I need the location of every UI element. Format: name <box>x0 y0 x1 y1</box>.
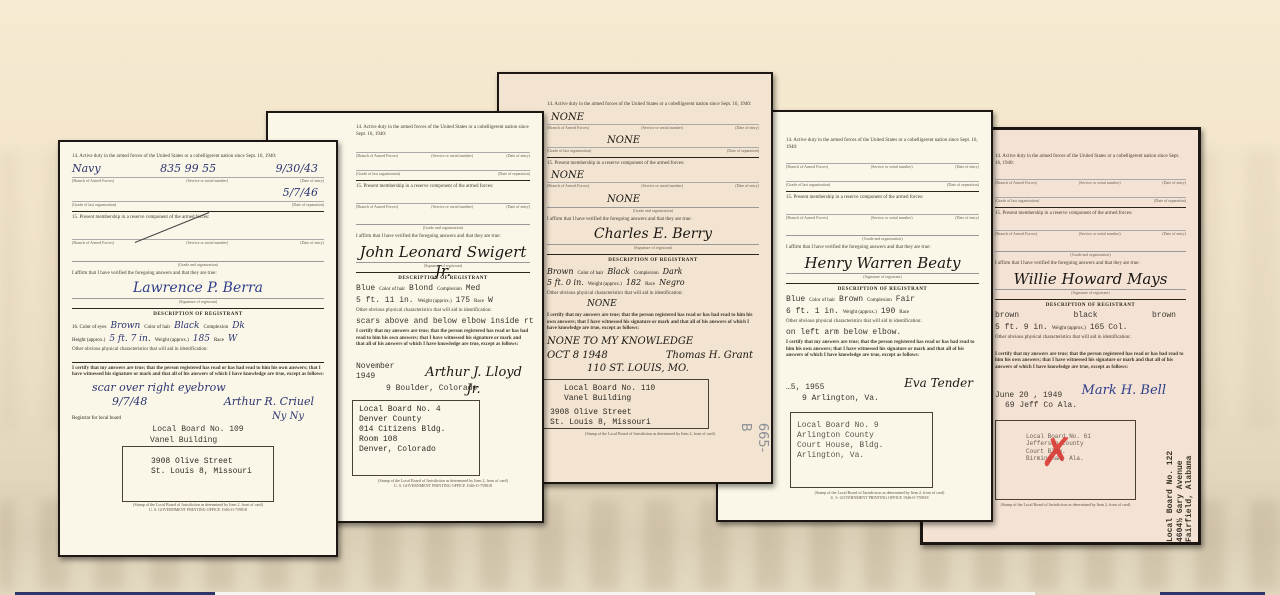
weight: 165 <box>1090 323 1104 333</box>
separation-value: NONE <box>547 134 759 147</box>
board-line: Court House, Bldg. <box>797 441 926 451</box>
board-line: Denver, Colorado <box>359 445 473 455</box>
printing-note: U. S. GOVERNMENT PRINTING OFFICE 1946-O-… <box>72 507 324 512</box>
exceptions-value: NONE TO MY KNOWLEDGE <box>547 335 759 348</box>
q14-label: 14. Active duty in the armed forces of t… <box>72 154 324 161</box>
caption: (Date of entry) <box>1162 180 1186 185</box>
label: Race <box>214 338 224 345</box>
caption: (Branch of Armed Forces) <box>72 240 114 245</box>
registration-date: November 1949 <box>356 362 417 383</box>
caption: (Branch of Armed Forces) <box>786 164 828 169</box>
hair-color: Brown <box>839 295 863 305</box>
registrar-board-value: 9 Boulder, Colorado <box>356 384 477 394</box>
label: Weight (approx.) <box>418 299 452 306</box>
eye-color: Blue <box>356 284 375 294</box>
caption: (Branch of Armed Forces) <box>786 215 828 220</box>
caption: (Service or serial number) <box>641 125 683 130</box>
label: Race <box>645 282 655 289</box>
complexion: Med <box>466 284 480 294</box>
caption: (Date of entry) <box>300 178 324 183</box>
complexion: brown <box>1152 311 1176 321</box>
board-line: 3908 Olive Street <box>129 457 267 467</box>
caption: (Service or serial number) <box>1079 231 1121 236</box>
caption: (Signature of registrant) <box>72 298 324 304</box>
caption: (Branch of Armed Forces) <box>995 231 1037 236</box>
board-line: Room 108 <box>359 435 473 445</box>
caption: (Grade and organization) <box>786 235 979 241</box>
board-line: Vanel Building <box>544 394 702 404</box>
other-marks-label: Other obvious physical characteristics t… <box>547 291 759 298</box>
label: Race <box>474 299 484 306</box>
certify-text: I certify that my answers are true; that… <box>356 329 530 349</box>
board-stamp-box: Local Board No. 9 Arlington County Court… <box>790 412 933 488</box>
complexion: Dark <box>663 267 683 277</box>
caption: (Branch of Armed Forces) <box>72 178 114 183</box>
caption: (Date of entry) <box>735 125 759 130</box>
caption: (Branch of Armed Forces) <box>547 183 589 188</box>
q14-label: 14. Active duty in the armed forces of t… <box>547 102 759 109</box>
height: 5 ft. 9 in. <box>995 323 1048 333</box>
race: W <box>228 334 237 346</box>
label: 16. Color of eyes <box>72 325 106 332</box>
caption: (Branch of Armed Forces) <box>547 125 589 130</box>
registrar-board-value: 69 Jeff Co Ala. <box>995 401 1186 411</box>
affirm-label: I affirm that I have verified the forego… <box>786 245 979 252</box>
caption: (Grade of last organization) <box>356 171 400 176</box>
board-line: St. Louis 8, Missouri <box>544 418 702 428</box>
eye-color: Brown <box>110 321 140 333</box>
registrar-signature: Mark H. Bell <box>1082 383 1166 401</box>
hair-color: Blond <box>409 284 433 294</box>
complexion: Dk <box>232 321 245 333</box>
other-marks-label: Other obvious physical characteristics t… <box>356 308 530 315</box>
hair-color: Black <box>174 321 199 333</box>
certify-text: I certify that my answers are true; that… <box>72 366 324 379</box>
label: Weight (approx.) <box>155 338 189 345</box>
registrar-signature: Thomas H. Grant <box>666 349 759 362</box>
q15-label: 15. Present membership in a reserve comp… <box>356 184 530 191</box>
side-stamp: Local Board No. 122 4604½ Gary Avenue Fa… <box>1166 451 1195 542</box>
pencil-note: 665-B <box>736 423 770 459</box>
affirm-label: I affirm that I have verified the forego… <box>356 234 530 241</box>
registrant-signature: Willie Howard Mays <box>995 270 1186 288</box>
caption: (Service or serial number) <box>186 240 228 245</box>
caption: (Grade and organization) <box>356 224 530 230</box>
caption: (Date of entry) <box>506 153 530 158</box>
board-line: Local Board No. 4 <box>359 405 473 415</box>
branch-value: Navy <box>72 162 101 176</box>
other-marks-label: Other obvious physical characteristics t… <box>72 347 324 354</box>
registrar-signature: Arthur J. Lloyd Jr. <box>417 365 530 383</box>
height: 6 ft. 1 in. <box>786 307 839 317</box>
weight: 175 <box>456 296 470 306</box>
caption: (Service or serial number) <box>641 183 683 188</box>
board-stamp-box: Local Board No. 61 Jefferson County Cour… <box>995 420 1136 500</box>
board-line: Local Board No. 110 <box>544 384 702 394</box>
affirm-label: I affirm that I have verified the forego… <box>72 271 324 278</box>
label: Color of hair <box>578 271 604 278</box>
description-title: DESCRIPTION OF REGISTRANT <box>786 287 979 294</box>
eye-color: brown <box>995 311 1019 321</box>
board-line: Denver County <box>359 415 473 425</box>
caption: (Grade and organization) <box>72 261 324 267</box>
board-line: Local Board No. 9 <box>797 421 926 431</box>
caption: (Grade of last organization) <box>786 182 830 187</box>
certify-text: I certify that my answers are true; that… <box>547 313 759 333</box>
caption: (Branch of Armed Forces) <box>356 153 398 158</box>
printing-note: U. S. GOVERNMENT PRINTING OFFICE 1946-O-… <box>730 495 979 500</box>
eye-color: Brown <box>547 267 574 277</box>
caption: (Signature of registrant) <box>547 244 759 250</box>
registrar-signature: Eva Tender <box>904 376 979 394</box>
draft-card-berra: 14. Active duty in the armed forces of t… <box>58 140 338 557</box>
registrant-signature: John Leonard Swigert Jr. <box>356 243 530 261</box>
height: 5 ft. 11 in. <box>356 296 414 306</box>
label: Weight (approx.) <box>1052 326 1086 333</box>
registration-date: June 20 , 1949 <box>995 391 1062 401</box>
entry-date-value: 9/30/43 <box>276 162 318 176</box>
other-marks-label: Other obvious physical characteristics t… <box>786 319 979 326</box>
registration-date: …5, 1955 <box>786 383 824 393</box>
caption: (Date of entry) <box>1162 231 1186 236</box>
separation-date-value: 5/7/46 <box>283 186 318 200</box>
caption: (Service or serial number) <box>1079 180 1121 185</box>
caption: (Service or serial number) <box>871 164 913 169</box>
cancel-x-mark: ✗ <box>1040 433 1074 473</box>
hair-color: Black <box>607 267 630 277</box>
caption: (Service or serial number) <box>431 153 473 158</box>
board-line: Vanel Building <box>72 436 324 446</box>
label: Complexion <box>203 325 228 332</box>
certify-text: I certify that my answers are true; that… <box>786 340 979 360</box>
label: Weight (approx.) <box>588 282 622 289</box>
board-line: Arlington, Va. <box>797 451 926 461</box>
affirm-label: I affirm that I have verified the forego… <box>547 217 759 224</box>
caption: (Grade of last organization) <box>995 198 1039 203</box>
description-title: DESCRIPTION OF REGISTRANT <box>356 276 530 283</box>
eye-color: Blue <box>786 295 805 305</box>
registrant-signature: Lawrence P. Berra <box>72 279 324 297</box>
label: Color of hair <box>809 298 835 305</box>
caption: (Date of separation) <box>292 202 324 207</box>
printing-note: U. S. GOVERNMENT PRINTING OFFICE 1946-O-… <box>356 483 530 488</box>
q14-label: 14. Active duty in the armed forces of t… <box>995 142 1186 167</box>
label: Color of hair <box>144 325 170 332</box>
board-stamp-box: Local Board No. 110 Vanel Building 3908 … <box>537 379 709 429</box>
height: 5 ft. 7 in. <box>109 334 150 346</box>
branch-value: NONE <box>547 111 759 124</box>
certify-text: I certify that my answers are true; that… <box>995 352 1186 372</box>
label: Complexion <box>437 287 462 294</box>
registrant-signature: Charles E. Berry <box>547 225 759 243</box>
registration-date: 9/7/48 <box>112 395 147 409</box>
marks-value: on left arm below elbow. <box>786 328 979 338</box>
label: Race <box>899 310 909 317</box>
side-stamp-line: 4604½ Gary Avenue <box>1176 451 1186 542</box>
registrar-board-value: 110 ST. LOUIS, MO. <box>547 362 759 375</box>
caption: (Grade and organization) <box>547 207 759 213</box>
registrar-signature: Arthur R. Criuel <box>224 395 314 409</box>
label: Weight (approx.) <box>843 310 877 317</box>
complexion: Fair <box>896 295 915 305</box>
q15-label: 15. Present membership in a reserve comp… <box>547 161 759 168</box>
marks-value: NONE <box>547 299 759 311</box>
q15-label: 15. Present membership in a reserve comp… <box>995 211 1186 218</box>
board-line: Arlington County <box>797 431 926 441</box>
caption: (Service or serial number) <box>186 178 228 183</box>
stamp-caption: (Stamp of the Local Board of Jurisdictio… <box>511 431 759 436</box>
label: Height (approx.) <box>72 338 105 345</box>
q14-label: 14. Active duty in the armed forces of t… <box>356 125 530 138</box>
board-header: Local Board No. 109 <box>72 425 324 435</box>
caption: (Service or serial number) <box>871 215 913 220</box>
marks-value: scars above and below elbow inside rt <box>356 317 530 327</box>
registration-date: OCT 8 1948 <box>547 349 608 362</box>
caption: (Date of separation) <box>498 171 530 176</box>
hair-color: black <box>1073 311 1097 321</box>
board-stamp-box: 3908 Olive Street St. Louis 8, Missouri <box>122 446 274 502</box>
side-stamp-line: Local Board No. 122 <box>1166 451 1176 542</box>
board-stamp-box: Local Board No. 4 Denver County 014 Citi… <box>352 400 480 476</box>
affirm-label: I affirm that I have verified the forego… <box>995 261 1186 268</box>
board-line: St. Louis 8, Missouri <box>129 467 267 477</box>
caption: (Service or serial number) <box>431 204 473 209</box>
label: Registrar for local board <box>72 416 121 423</box>
board-line: 3908 Olive Street <box>544 408 702 418</box>
caption: (Grade of last organization) <box>72 202 116 207</box>
board-line: 014 Citizens Bldg. <box>359 425 473 435</box>
height: 5 ft. 0 in. <box>547 278 584 288</box>
caption: (Date of entry) <box>735 183 759 188</box>
exceptions-value: scar over right eyebrow <box>72 381 324 395</box>
side-stamp-line: Fairfield, Alabama <box>1185 451 1195 542</box>
other-marks-label: Other obvious physical characteristics t… <box>995 335 1186 342</box>
registrar-board-value: Ny Ny <box>272 410 324 423</box>
caption: (Date of entry) <box>955 215 979 220</box>
caption: (Grade and organization) <box>995 251 1186 257</box>
label: Complexion <box>867 298 892 305</box>
caption: (Branch of Armed Forces) <box>356 204 398 209</box>
race: Negro <box>659 278 685 288</box>
race: W <box>488 296 493 306</box>
serial-value: 835 99 55 <box>160 162 216 176</box>
q14-label: 14. Active duty in the armed forces of t… <box>786 124 979 151</box>
caption: (Date of separation) <box>727 148 759 153</box>
race: Col. <box>1108 323 1127 333</box>
registrant-signature: Henry Warren Beaty <box>786 254 979 272</box>
q15-label: 15. Present membership in a reserve comp… <box>786 195 979 202</box>
reserve-branch-value: NONE <box>547 169 759 182</box>
description-title: DESCRIPTION OF REGISTRANT <box>547 258 759 265</box>
weight: 182 <box>626 278 641 288</box>
caption: (Signature of registrant) <box>995 289 1186 295</box>
caption: (Date of separation) <box>1154 198 1186 203</box>
caption: (Signature of registrant) <box>786 273 979 279</box>
registrar-board-value: 9 Arlington, Va. <box>786 394 979 404</box>
caption: (Grade of last organization) <box>547 148 591 153</box>
label: Color of hair <box>379 287 405 294</box>
weight: 185 <box>193 334 210 346</box>
caption: (Branch of Armed Forces) <box>995 180 1037 185</box>
reserve-grade-value: NONE <box>547 193 759 206</box>
caption: (Date of separation) <box>947 182 979 187</box>
label: Complexion <box>634 271 659 278</box>
weight: 190 <box>881 307 895 317</box>
caption: (Date of entry) <box>300 240 324 245</box>
description-title: DESCRIPTION OF REGISTRANT <box>72 312 324 319</box>
caption: (Signature of registrant) <box>356 262 530 268</box>
caption: (Date of entry) <box>955 164 979 169</box>
caption: (Date of entry) <box>506 204 530 209</box>
description-title: DESCRIPTION OF REGISTRANT <box>995 303 1186 310</box>
